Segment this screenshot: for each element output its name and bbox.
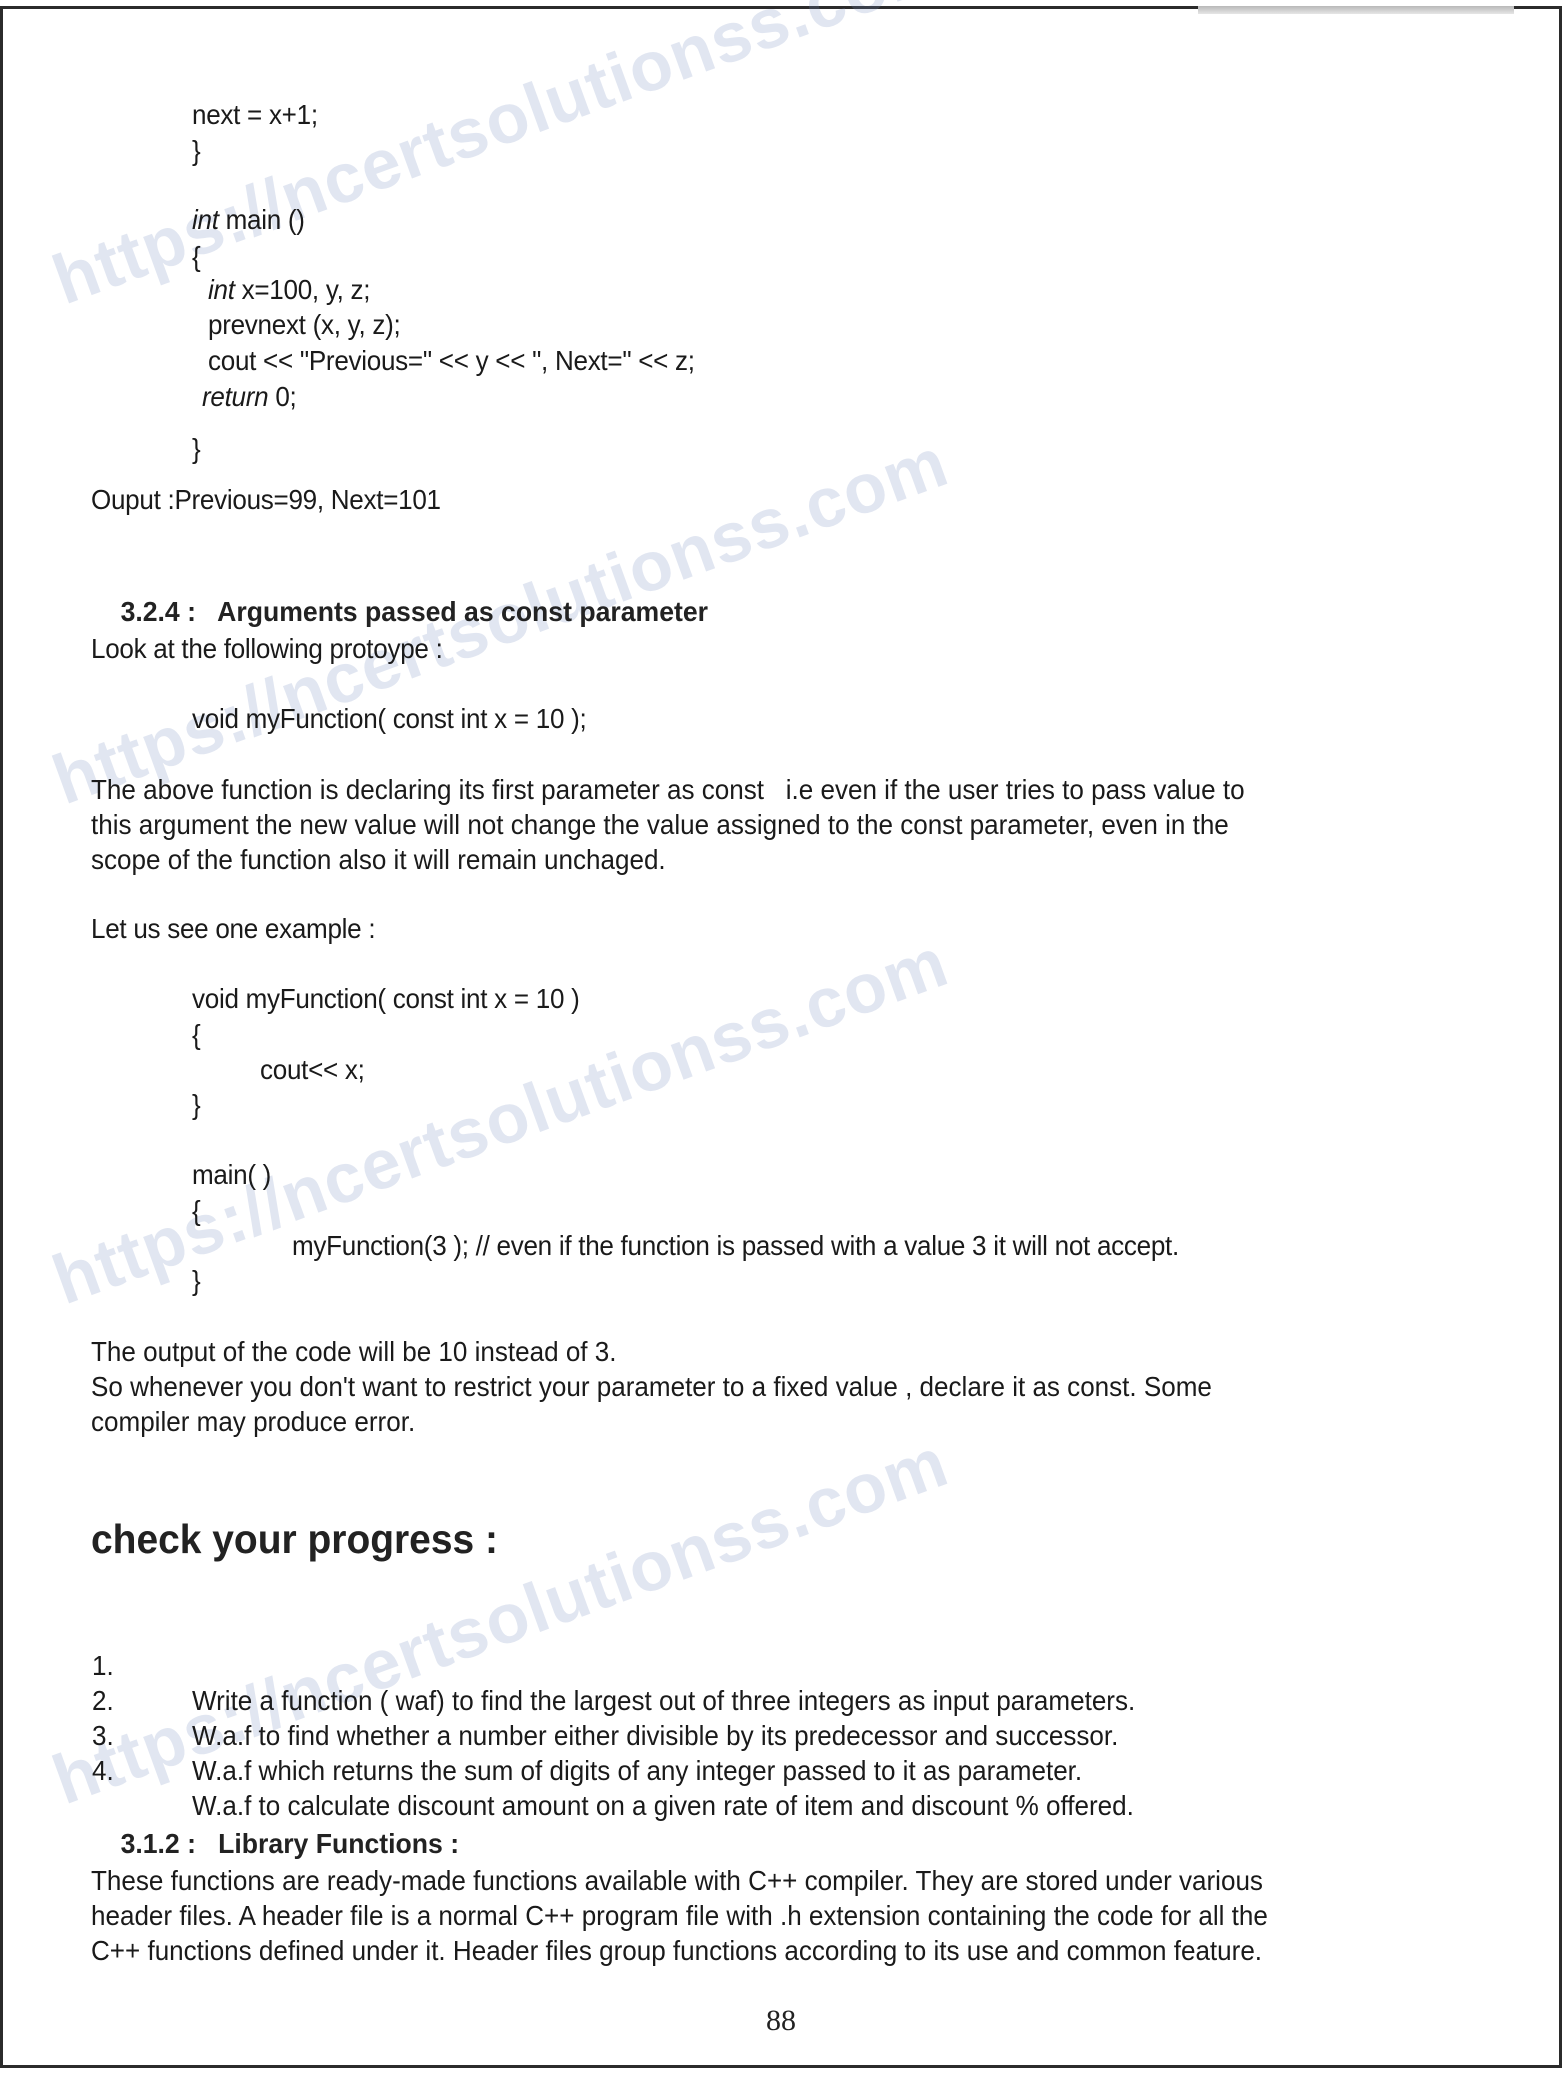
section-number: 3.1.2 : (121, 1828, 196, 1859)
code-line: { (192, 240, 200, 274)
text-line: C++ functions defined under it. Header f… (91, 1933, 1505, 1968)
code-line: } (192, 432, 200, 466)
code-line: } (192, 134, 200, 168)
code-line: int main () (192, 203, 305, 237)
text-line: compiler may produce error. (91, 1404, 1505, 1439)
code-line: prevnext (x, y, z); (208, 308, 400, 342)
text-line: These functions are ready-made functions… (91, 1863, 1505, 1898)
code-line: return 0; (202, 380, 296, 414)
code-line: } (192, 1088, 200, 1122)
section-title: Library Functions : (218, 1828, 459, 1859)
keyword: int (192, 204, 219, 235)
list-item: 3. W.a.f which returns the sum of digits… (92, 1683, 139, 1718)
item-text: W.a.f which returns the sum of digits of… (192, 1753, 1082, 1788)
text-line: header files. A header file is a normal … (91, 1898, 1505, 1933)
code-line: cout << "Previous=" << y << ", Next=" <<… (208, 344, 695, 378)
code-line: main( ) (192, 1158, 271, 1192)
text-line: So whenever you don't want to restrict y… (91, 1369, 1505, 1404)
paragraph: Look at the following protoype : (91, 632, 443, 666)
code-line: int x=100, y, z; (208, 273, 370, 307)
item-number: 4. (92, 1753, 148, 1788)
text-line: The output of the code will be 10 instea… (91, 1334, 1505, 1369)
code-line: void myFunction( const int x = 10 ) (192, 982, 580, 1016)
code-line: { (192, 1194, 200, 1228)
list-item: 2. W.a.f to find whether a number either… (92, 1648, 139, 1683)
code-line: myFunction(3 ); // even if the function … (292, 1229, 1179, 1263)
code-text: main () (219, 204, 305, 235)
exercise-list: 1. Write a function ( waf) to find the l… (92, 1613, 139, 1753)
list-item: 4. W.a.f to calculate discount amount on… (92, 1718, 139, 1753)
code-line: cout<< x; (260, 1053, 365, 1087)
item-text: Write a function ( waf) to find the larg… (192, 1683, 1135, 1718)
paragraph: The output of the code will be 10 instea… (91, 1334, 1505, 1439)
page-number: 88 (766, 2004, 796, 2038)
paragraph: These functions are ready-made functions… (91, 1863, 1505, 1968)
program-output: Ouput :Previous=99, Next=101 (91, 483, 441, 517)
code-line: } (192, 1264, 200, 1298)
item-text: W.a.f to find whether a number either di… (192, 1718, 1118, 1753)
check-progress-heading: check your progress : (91, 1515, 498, 1563)
code-line: next = x+1; (192, 98, 318, 132)
section-number: 3.2.4 : (121, 596, 196, 627)
text-line: The above function is declaring its firs… (91, 772, 1505, 807)
keyword: int (208, 274, 235, 305)
list-item: 1. Write a function ( waf) to find the l… (92, 1613, 139, 1648)
code-prototype: void myFunction( const int x = 10 ); (192, 702, 586, 736)
paragraph: The above function is declaring its firs… (91, 772, 1505, 877)
code-line: { (192, 1018, 200, 1052)
document-page: next = x+1; } int main () { int x=100, y… (0, 0, 1568, 2074)
code-text: x=100, y, z; (235, 274, 371, 305)
code-text: 0; (268, 381, 296, 412)
keyword: return (202, 381, 268, 412)
text-line: scope of the function also it will remai… (91, 842, 1505, 877)
paragraph: Let us see one example : (91, 912, 375, 946)
text-line: this argument the new value will not cha… (91, 807, 1505, 842)
section-title: Arguments passed as const parameter (217, 596, 708, 627)
